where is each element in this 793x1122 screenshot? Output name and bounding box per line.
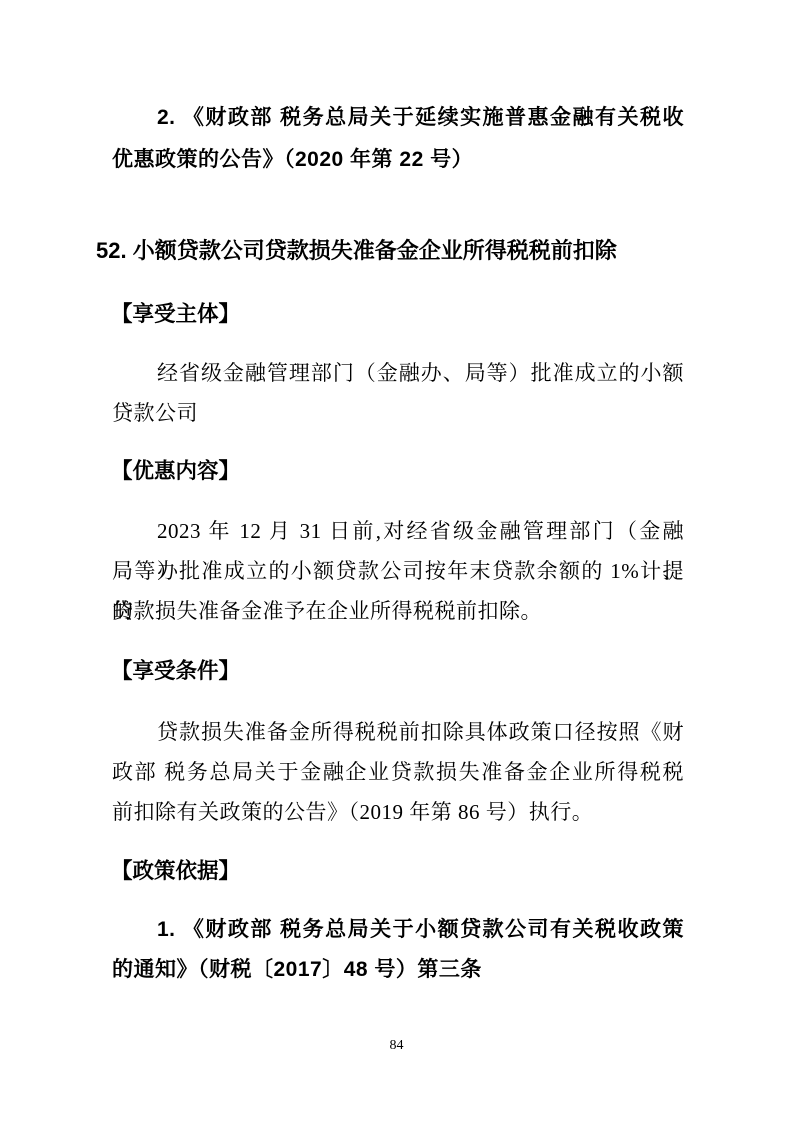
section-header-beneficiary: 【享受主体】 [111,294,511,334]
body-line: 贷款损失准备金准予在企业所得税税前扣除。 [112,591,684,631]
section-header-conditions: 【享受条件】 [111,651,511,691]
body-line: 政部 税务总局关于金融企业贷款损失准备金企业所得税税 [112,752,684,792]
section-header-preferential-content: 【优惠内容】 [111,451,511,491]
body-line: 贷款损失准备金所得税税前扣除具体政策口径按照《财 [112,712,684,752]
item-heading: 52. 小额贷款公司贷款损失准备金企业所得税税前扣除 [96,230,736,272]
body-line: 前扣除有关政策的公告》（2019 年第 86 号）执行。 [112,792,684,832]
previous-item-policy-reference: 2. 《财政部 税务总局关于延续实施普惠金融有关税收 优惠政策的公告》（2020… [112,97,684,181]
section-body-policy-basis: 1. 《财政部 税务总局关于小额贷款公司有关税收政策 的通知》（财税〔2017〕… [112,910,684,990]
section-body-preferential-content: 2023 年 12 月 31 日前,对经省级金融管理部门（金融办、 局等）批准成… [112,511,684,631]
section-body-beneficiary: 经省级金融管理部门（金融办、局等）批准成立的小额 贷款公司 [112,353,684,433]
document-page: 2. 《财政部 税务总局关于延续实施普惠金融有关税收 优惠政策的公告》（2020… [0,0,793,1122]
policy-basis-line: 1. 《财政部 税务总局关于小额贷款公司有关税收政策 [112,910,684,950]
body-line: 局等）批准成立的小额贷款公司按年末贷款余额的 1%计提的 [112,551,684,591]
body-line: 经省级金融管理部门（金融办、局等）批准成立的小额 [112,353,684,393]
section-header-policy-basis: 【政策依据】 [111,851,511,891]
page-number: 84 [0,1036,793,1056]
policy-reference-line: 2. 《财政部 税务总局关于延续实施普惠金融有关税收 [112,97,684,139]
body-line: 2023 年 12 月 31 日前,对经省级金融管理部门（金融办、 [112,511,684,551]
body-line: 贷款公司 [112,393,684,433]
policy-basis-line: 的通知》（财税〔2017〕48 号）第三条 [112,950,684,990]
section-body-conditions: 贷款损失准备金所得税税前扣除具体政策口径按照《财 政部 税务总局关于金融企业贷款… [112,712,684,832]
policy-reference-line: 优惠政策的公告》（2020 年第 22 号） [112,139,684,181]
